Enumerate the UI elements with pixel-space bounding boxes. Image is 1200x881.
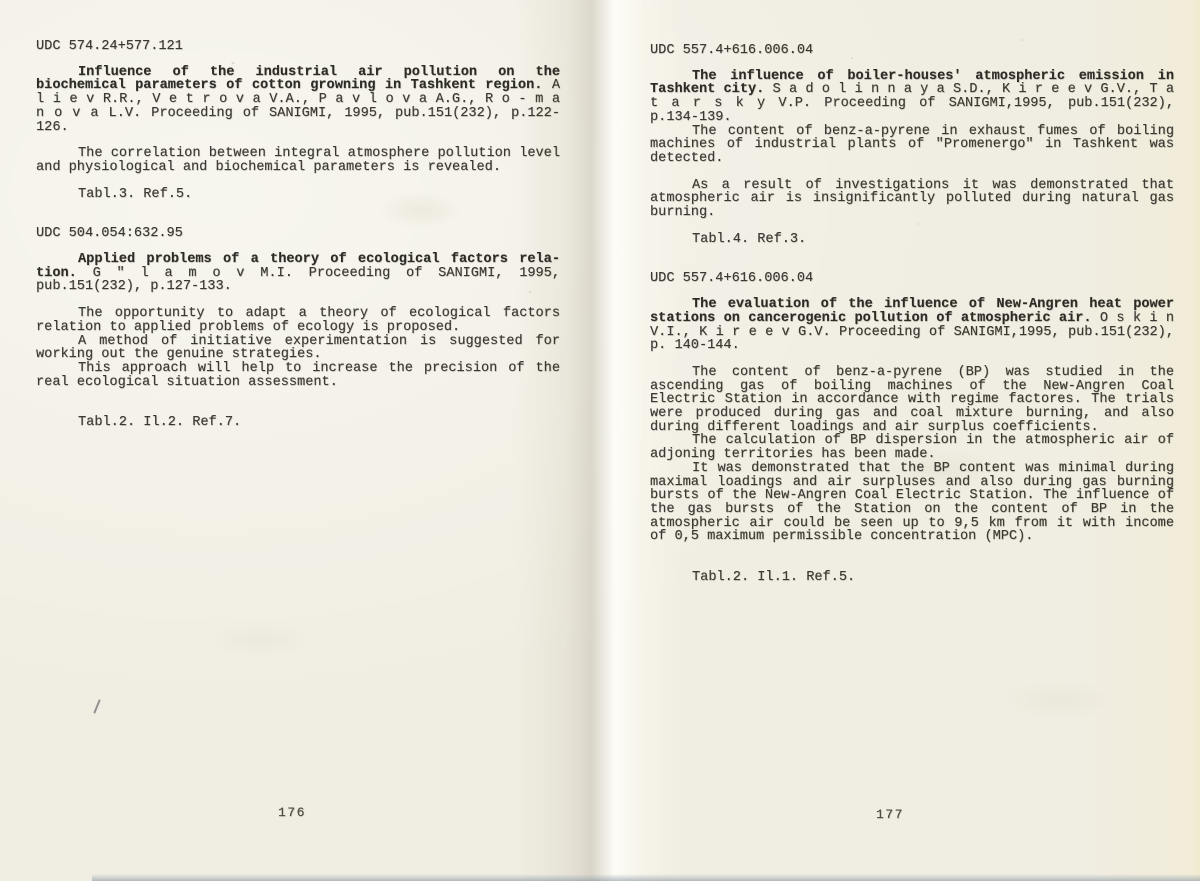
abstract-heading: Influence of the industrial air pollutio… xyxy=(36,66,560,135)
abstract-paragraph: It was demonstrated that the BP content … xyxy=(650,462,1174,544)
refs-line: Tabl.2. Il.1. Ref.5. xyxy=(650,571,1174,585)
abstract-paragraph: This approach will help to increase the … xyxy=(36,362,560,389)
udc-code: UDC 557.4+616.006.04 xyxy=(650,44,1174,58)
abstract-paragraph: The correlation between integral atmosph… xyxy=(36,147,560,174)
page-left: UDC 574.24+577.121 Influence of the indu… xyxy=(36,40,560,840)
abstract-paragraph: The opportunity to adapt a theory of eco… xyxy=(36,307,560,334)
abstract-title: Influence of the industrial air pollutio… xyxy=(36,65,560,94)
refs-line: Tabl.2. Il.2. Ref.7. xyxy=(36,416,560,430)
udc-code: UDC 504.054:632.95 xyxy=(36,227,560,241)
abstract-title: The evaluation of the influence of New-A… xyxy=(650,297,1174,326)
page-number: 176 xyxy=(278,806,306,820)
page-right: UDC 557.4+616.006.04 The influence of bo… xyxy=(650,44,1174,844)
abstract-authors: G " l a m o v M.I. Proceeding of SANIGMI… xyxy=(36,266,560,295)
abstract-paragraph: As a result of investigations it was dem… xyxy=(650,179,1174,220)
abstract-paragraph: The content of benz-a-pyrene in exhaust … xyxy=(650,125,1174,166)
abstract-entry: UDC 557.4+616.006.04 The evaluation of t… xyxy=(650,272,1174,584)
abstract-entry: UDC 574.24+577.121 Influence of the indu… xyxy=(36,40,560,201)
abstract-heading: The evaluation of the influence of New-A… xyxy=(650,298,1174,353)
refs-line: Tabl.4. Ref.3. xyxy=(650,233,1174,247)
page-number: 177 xyxy=(876,808,904,822)
abstract-paragraph: A method of initiative experimentation i… xyxy=(36,335,560,362)
abstract-heading: The influence of boiler-houses' atmosphe… xyxy=(650,70,1174,125)
udc-code: UDC 557.4+616.006.04 xyxy=(650,272,1174,286)
abstract-entry: UDC 504.054:632.95 Applied problems of a… xyxy=(36,227,560,430)
refs-line: Tabl.3. Ref.5. xyxy=(36,188,560,202)
abstract-entry: UDC 557.4+616.006.04 The influence of bo… xyxy=(650,44,1174,246)
abstract-heading: Applied problems of a theory of ecologic… xyxy=(36,253,560,294)
book-spread-scan: UDC 574.24+577.121 Influence of the indu… xyxy=(0,0,1200,881)
scanner-edge-strip xyxy=(92,874,1200,881)
abstract-paragraph: The content of benz-a-pyrene (BP) was st… xyxy=(650,366,1174,435)
abstract-paragraph: The calculation of BP dispersion in the … xyxy=(650,434,1174,461)
udc-code: UDC 574.24+577.121 xyxy=(36,40,560,54)
